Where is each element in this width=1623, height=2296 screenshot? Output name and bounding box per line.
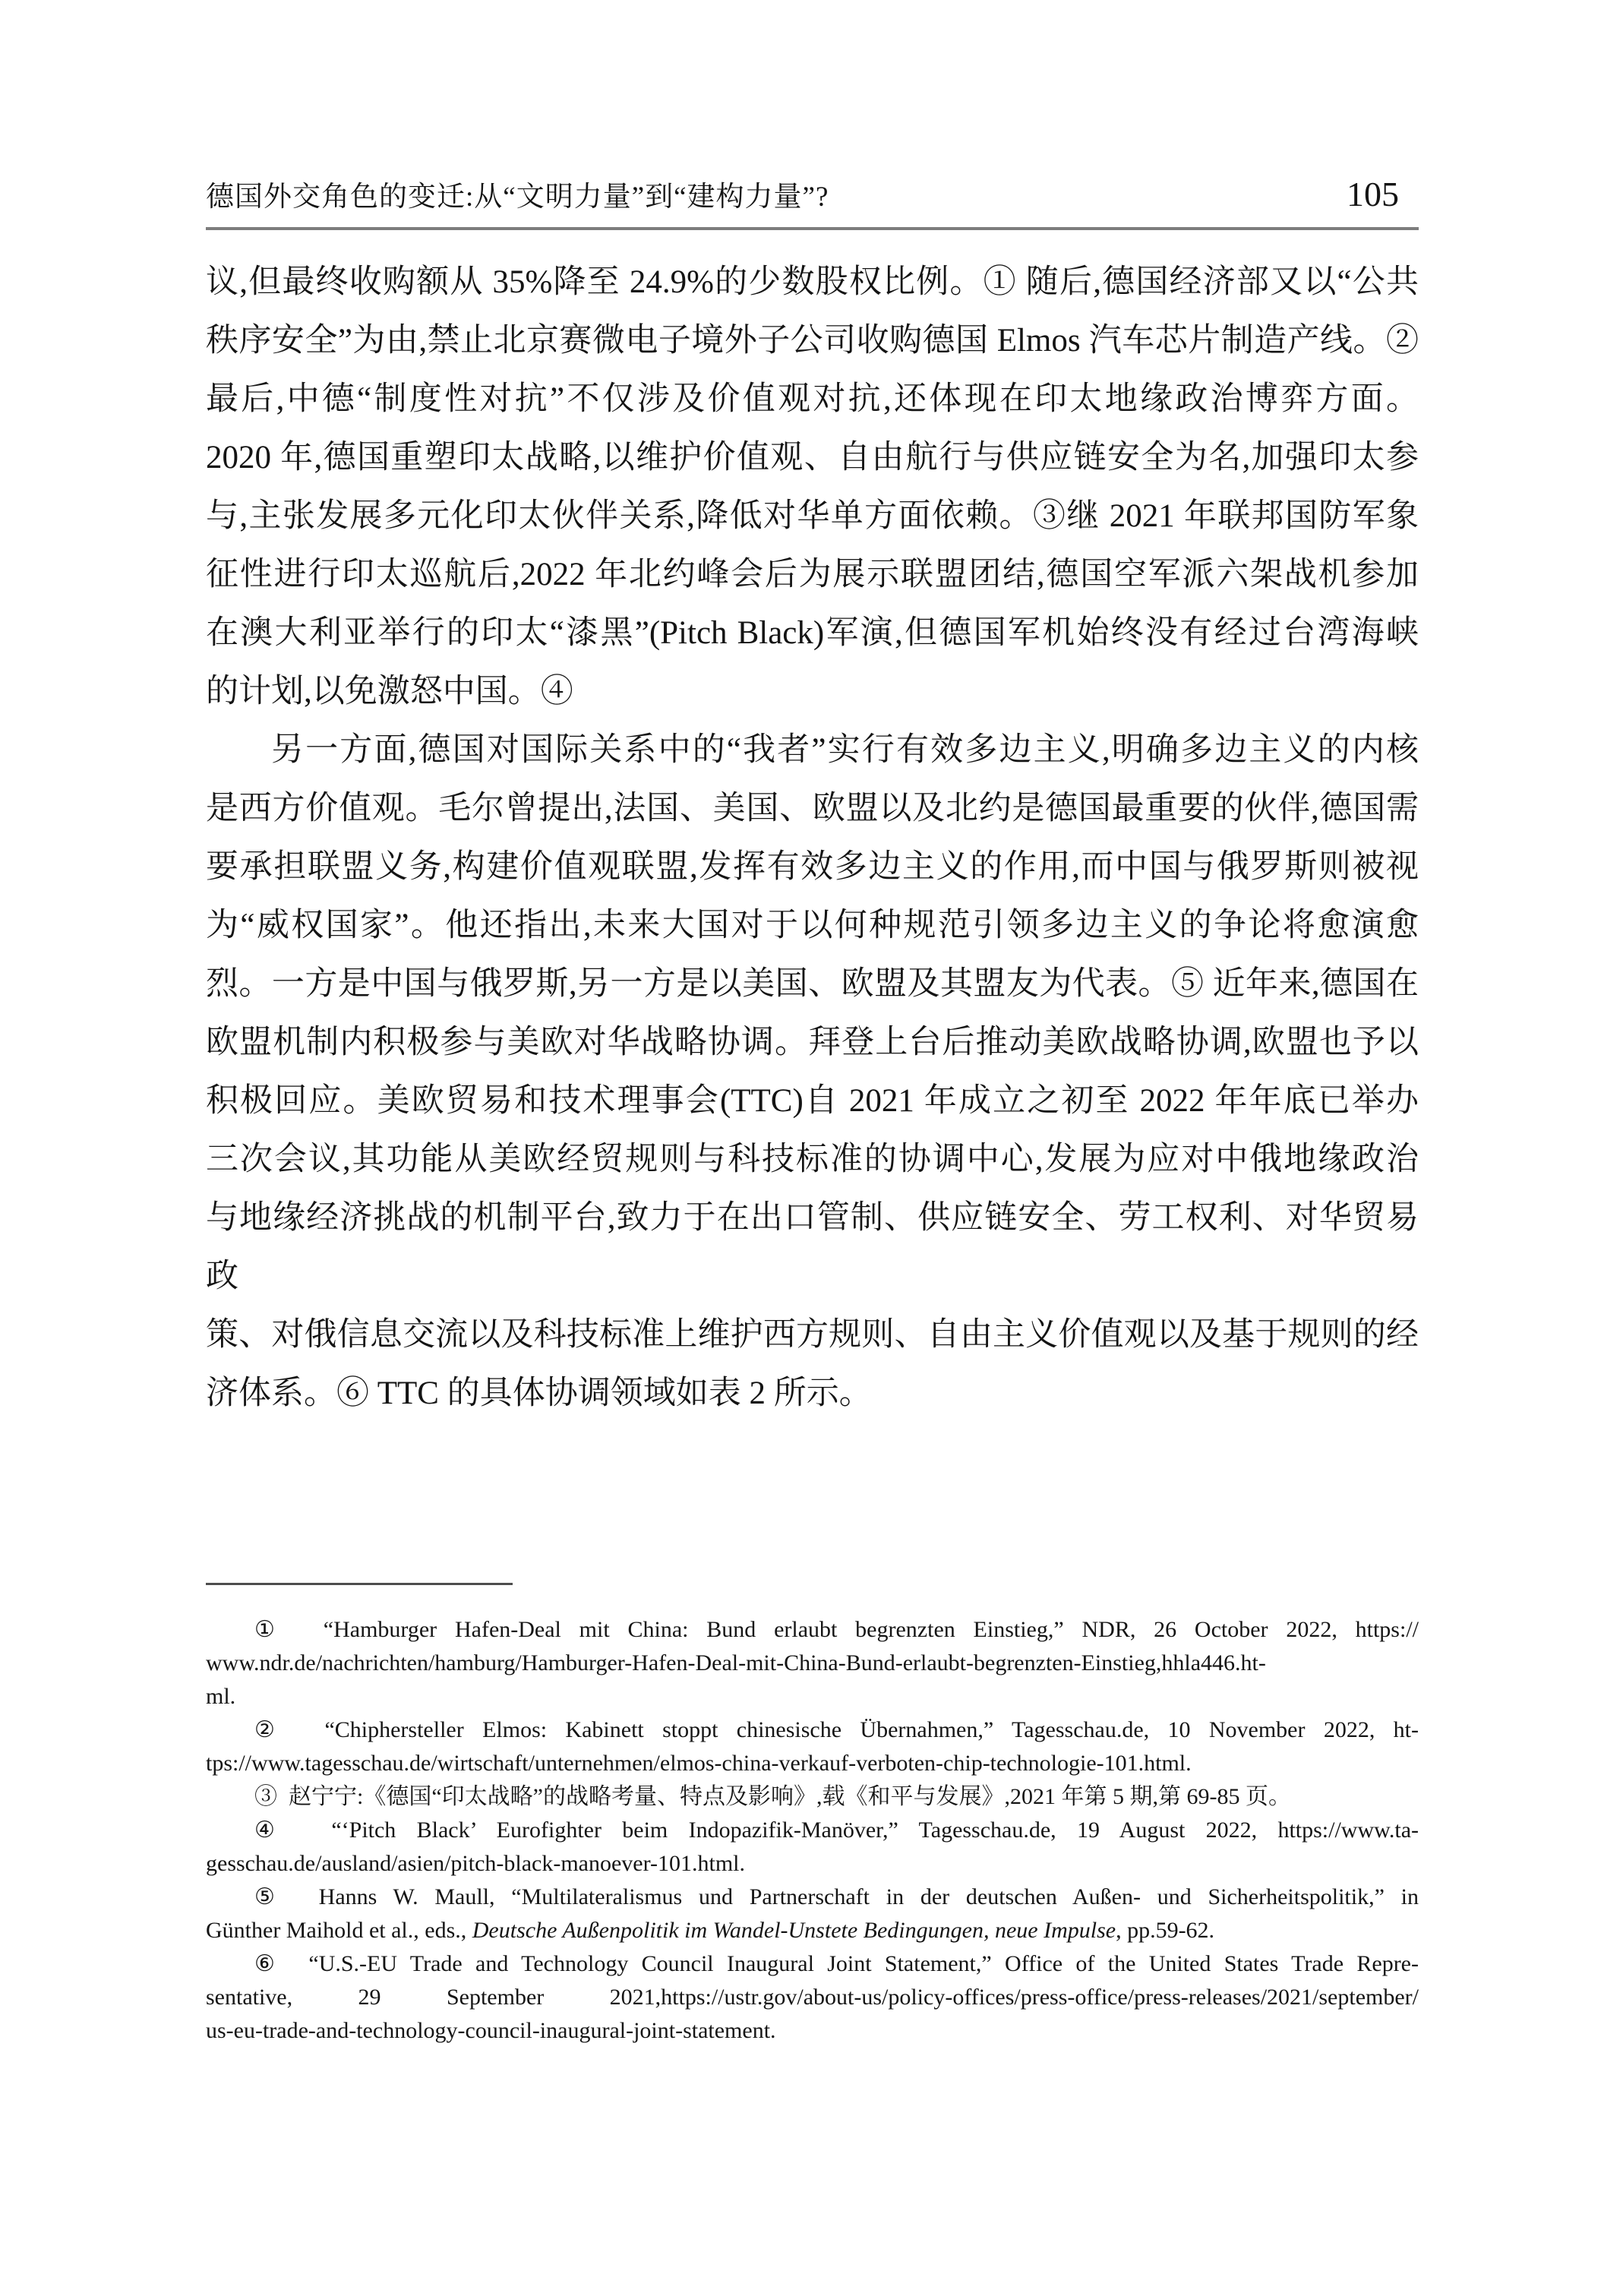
footnote-text-line: us-eu-trade-and-technology-council-inaug… bbox=[206, 2014, 1419, 2048]
page-number: 105 bbox=[1347, 174, 1419, 214]
footnote-divider bbox=[206, 1583, 513, 1585]
body-text-line: 最后,中德“制度性对抗”不仅涉及价值观对抗,还体现在印太地缘政治博弈方面。 bbox=[206, 370, 1419, 428]
footnote-text-line: ⑥ “U.S.-EU Trade and Technology Council … bbox=[206, 1947, 1419, 1981]
footnote-text-line: ml. bbox=[206, 1680, 1419, 1713]
body-text-line: 策、对俄信息交流以及科技标准上维护西方规则、自由主义价值观以及基于规则的经 bbox=[206, 1306, 1419, 1364]
body-text-line: 烈。一方是中国与俄罗斯,另一方是以美国、欧盟及其盟友为代表。⑤ 近年来,德国在 bbox=[206, 955, 1419, 1013]
body-text-line: 在澳大利亚举行的印太“漆黑”(Pitch Black)军演,但德国军机始终没有经… bbox=[206, 604, 1419, 662]
footnote-text-segment: Günther Maihold et al., eds., bbox=[206, 1918, 472, 1943]
footnotes: ① “Hamburger Hafen-Deal mit China: Bund … bbox=[206, 1613, 1419, 2048]
footnote-text-segment: , pp.59-62. bbox=[1116, 1918, 1214, 1943]
journal-page: 德国外交角色的变迁:从“文明力量”到“建构力量”? 105 议,但最终收购额从 … bbox=[0, 0, 1623, 2296]
footnote-text-line: Günther Maihold et al., eds., Deutsche A… bbox=[206, 1914, 1419, 1947]
footnote-text-line: ④ “‘Pitch Black’ Eurofighter beim Indopa… bbox=[206, 1814, 1419, 1847]
footnote-book-title: Deutsche Außenpolitik im Wandel-Unstete … bbox=[472, 1918, 1116, 1943]
body-text-line: 2020 年,德国重塑印太战略,以维护价值观、自由航行与供应链安全为名,加强印太… bbox=[206, 428, 1419, 487]
header-divider bbox=[206, 227, 1419, 230]
body-text-line: 要承担联盟义务,构建价值观联盟,发挥有效多边主义的作用,而中国与俄罗斯则被视 bbox=[206, 838, 1419, 896]
body-text-line: 的计划,以免激怒中国。④ bbox=[206, 662, 1419, 721]
body-text-line: 征性进行印太巡航后,2022 年北约峰会后为展示联盟团结,德国空军派六架战机参加 bbox=[206, 545, 1419, 604]
body-text-line: 三次会议,其功能从美欧经贸规则与科技标准的协调中心,发展为应对中俄地缘政治 bbox=[206, 1130, 1419, 1189]
body-text-line: 与,主张发展多元化印太伙伴关系,降低对华单方面依赖。③继 2021 年联邦国防军… bbox=[206, 487, 1419, 545]
footnote-text-line: tps://www.tagesschau.de/wirtschaft/unter… bbox=[206, 1747, 1419, 1780]
footnote-text-line: ⑤ Hanns W. Maull, “Multilateralismus und… bbox=[206, 1881, 1419, 1914]
running-header: 德国外交角色的变迁:从“文明力量”到“建构力量”? 105 bbox=[206, 173, 1419, 220]
body-text-line: 是西方价值观。毛尔曾提出,法国、美国、欧盟以及北约是德国最重要的伙伴,德国需 bbox=[206, 779, 1419, 838]
footnote-text-line: gesschau.de/ausland/asien/pitch-black-ma… bbox=[206, 1847, 1419, 1881]
body-text-line: 与地缘经济挑战的机制平台,致力于在出口管制、供应链安全、劳工权利、对华贸易政 bbox=[206, 1189, 1419, 1306]
body-text-line: 议,但最终收购额从 35%降至 24.9%的少数股权比例。① 随后,德国经济部又… bbox=[206, 253, 1419, 311]
footnote-text-line: sentative, 29 September 2021,https://ust… bbox=[206, 1981, 1419, 2014]
body-text-line: 济体系。⑥ TTC 的具体协调领域如表 2 所示。 bbox=[206, 1364, 1419, 1423]
body-text-line: 为“威权国家”。他还指出,未来大国对于以何种规范引领多边主义的争论将愈演愈 bbox=[206, 896, 1419, 955]
footnote-text-line: ② “Chiphersteller Elmos: Kabinett stoppt… bbox=[206, 1713, 1419, 1747]
article-body: 议,但最终收购额从 35%降至 24.9%的少数股权比例。① 随后,德国经济部又… bbox=[206, 253, 1419, 1423]
body-text-line: 另一方面,德国对国际关系中的“我者”实行有效多边主义,明确多边主义的内核 bbox=[206, 721, 1419, 779]
body-text-line: 欧盟机制内积极参与美欧对华战略协调。拜登上台后推动美欧战略协调,欧盟也予以 bbox=[206, 1013, 1419, 1072]
footnote-text-line: ③ 赵宁宁:《德国“印太战略”的战略考量、特点及影响》,载《和平与发展》,202… bbox=[206, 1780, 1419, 1814]
running-title: 德国外交角色的变迁:从“文明力量”到“建构力量”? bbox=[206, 173, 829, 214]
footnote-text-line: ① “Hamburger Hafen-Deal mit China: Bund … bbox=[206, 1613, 1419, 1647]
body-text-line: 积极回应。美欧贸易和技术理事会(TTC)自 2021 年成立之初至 2022 年… bbox=[206, 1072, 1419, 1130]
footnote-text-line: www.ndr.de/nachrichten/hamburg/Hamburger… bbox=[206, 1647, 1419, 1680]
body-text-line: 秩序安全”为由,禁止北京赛微电子境外子公司收购德国 Elmos 汽车芯片制造产线… bbox=[206, 311, 1419, 370]
